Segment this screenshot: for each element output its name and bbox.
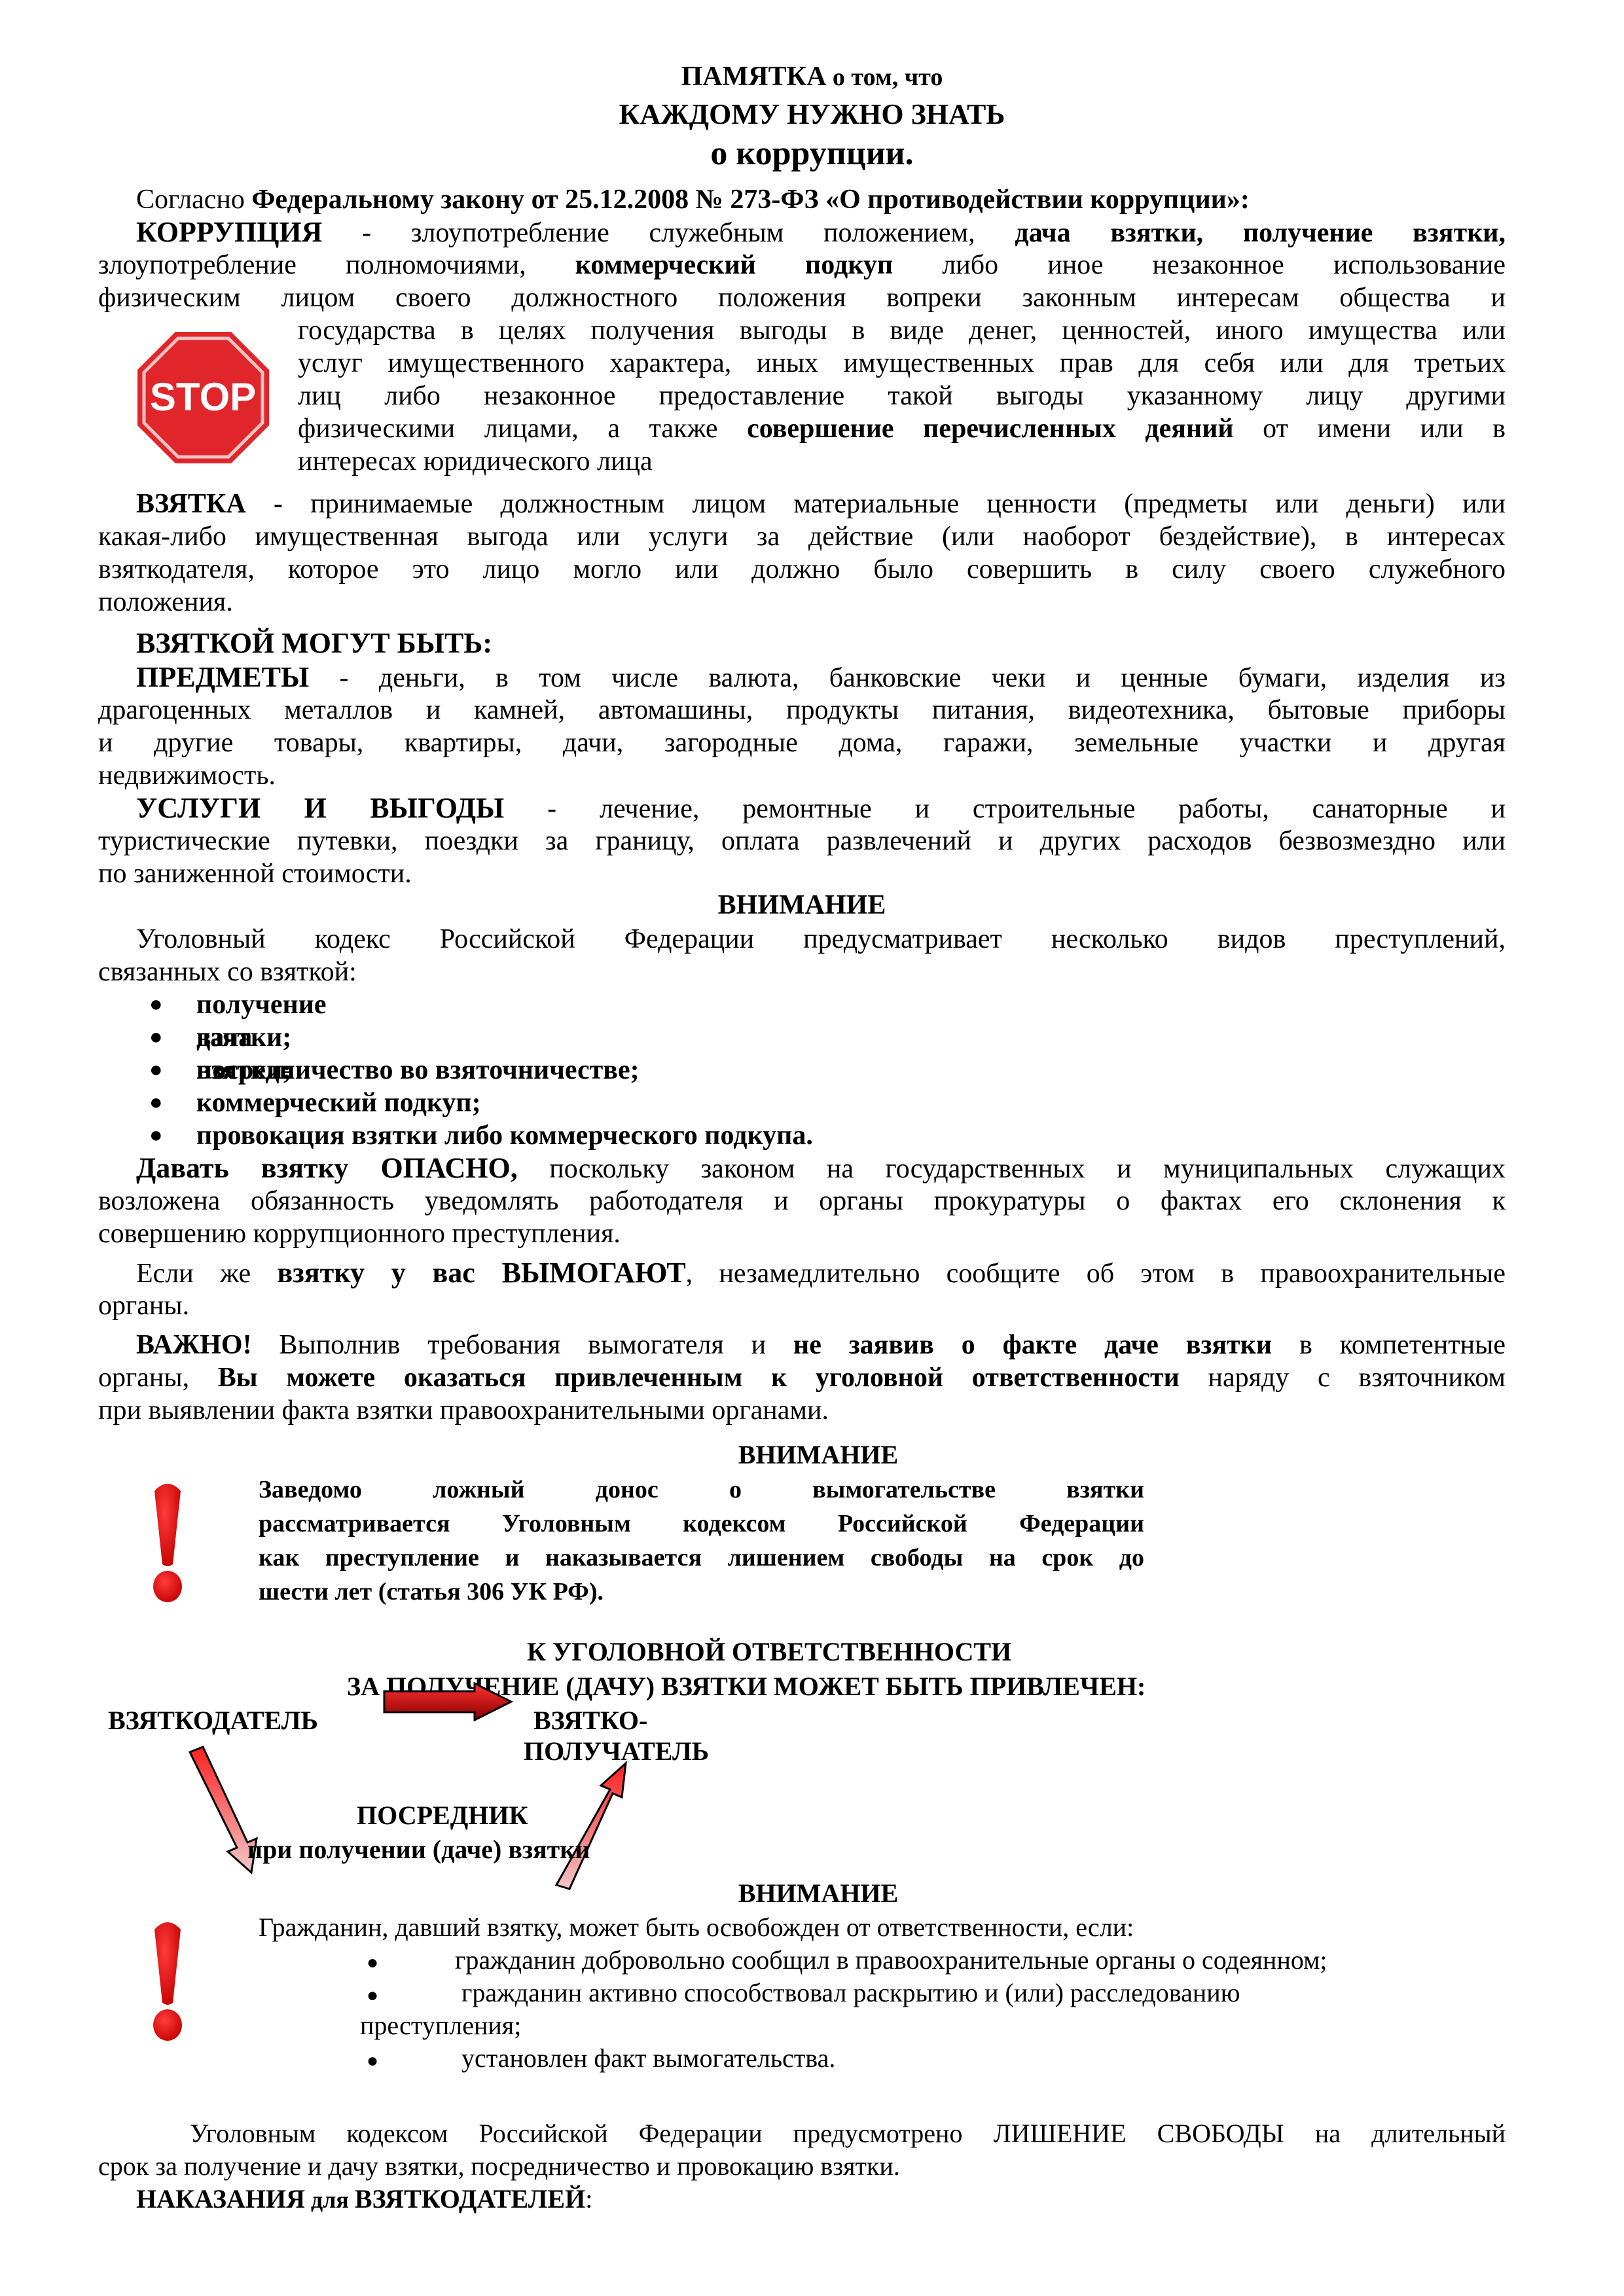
intermediary-note: при получении (даче) взятки [247, 1834, 590, 1865]
items-line-2: драгоценных металлов и камней, автомашин… [98, 694, 1506, 726]
bribe-line-1: ВЗЯТКА - принимаемые должностным лицом м… [136, 488, 1506, 520]
corruption-text: злоупотребление полномочиями, [98, 250, 575, 280]
corruption-line-3: физическим лицом своего должностного пол… [98, 281, 1506, 314]
extort-line-1: Если же взятку у вас ВЫМОГАЮТ, незамедли… [136, 1257, 1506, 1290]
corruption-line-1: КОРРУПЦИЯ - злоупотребление служебным по… [136, 216, 1506, 249]
bullet-icon: ● [149, 1119, 163, 1152]
exclamation-icon [149, 1919, 186, 2047]
danger-bold: Давать взятку ОПАСНО, [136, 1152, 518, 1184]
danger-text: совершению коррупционного преступления. [98, 1219, 621, 1249]
extort-text: органы. [98, 1291, 189, 1321]
punishments-mid: для [305, 2187, 355, 2213]
list-item: ● [367, 1977, 378, 2012]
title-memo: ПАМЯТКА [681, 62, 827, 92]
items-term: ПРЕДМЕТЫ [136, 661, 309, 693]
bribe-line-3: взяткодателя, которое это лицо могло или… [98, 553, 1506, 586]
can-be-heading: ВЗЯТКОЙ МОГУТ БЫТЬ: [136, 627, 1506, 660]
criminal-code-line-1: Уголовный кодекс Российской Федерации пр… [136, 923, 1506, 956]
closing-text: Уголовным кодексом Российской Федерации … [190, 2119, 994, 2148]
intermediary-label: ПОСРЕДНИК [357, 1800, 528, 1831]
punishments-colon: : [585, 2184, 592, 2214]
corruption-line-6: лиц либо незаконное предоставление такой… [298, 380, 1506, 412]
services-line-1: УСЛУГИ И ВЫГОДЫ - лечение, ремонтные и с… [136, 792, 1506, 825]
corruption-text: государства в целях получения выгоды в в… [298, 315, 1506, 346]
attention-heading-2: ВНИМАНИЕ [687, 1439, 949, 1471]
bribe-line-4: положения. [98, 586, 1506, 619]
exemption-item-text: установлен факт вымогательства. [461, 2042, 835, 2075]
corruption-text: от имени или в [1234, 414, 1506, 444]
corruption-term: КОРРУПЦИЯ [136, 216, 322, 248]
punishments-bold: ВЗЯТКОДАТЕЛЕЙ [355, 2184, 585, 2214]
important-label: ВАЖНО! [136, 1330, 252, 1360]
important-text: при выявлении факта взятки правоохраните… [98, 1395, 829, 1426]
closing-line-1: Уголовным кодексом Российской Федерации … [190, 2117, 1506, 2150]
bribe-text: принимаемые должностным лицом материальн… [283, 489, 1506, 519]
important-bold: Вы можете оказаться привлеченным к уголо… [218, 1363, 1180, 1393]
attention-heading-3: ВНИМАНИЕ [687, 1877, 949, 1910]
exemption-item-continuation: преступления; [360, 2009, 521, 2042]
services-text: - лечение, ремонтные и строительные рабо… [504, 794, 1506, 824]
items-text: - деньги, в том числе валюта, банковские… [309, 663, 1506, 693]
closing-caps: ЛИШЕНИЕ СВОБОДЫ [994, 2119, 1284, 2148]
arrow-right-icon [383, 1682, 514, 1721]
services-text: по заниженной стоимости. [98, 859, 412, 889]
bribe-term: ВЗЯТКА - [136, 489, 283, 519]
important-text: в компетентные [1272, 1330, 1506, 1360]
important-text: наряду с взяточником [1180, 1363, 1506, 1393]
crime-item-text: коммерческий подкуп; [196, 1086, 481, 1119]
corruption-text: интересах юридического лица [298, 446, 653, 476]
corruption-text: физическими лицами, а также [298, 414, 747, 444]
bribe-giver-label: ВЗЯТКОДАТЕЛЬ [108, 1705, 318, 1736]
items-text: недвижимость. [98, 761, 276, 791]
crime-item-text: провокация взятки либо коммерческого под… [196, 1119, 813, 1152]
svg-text:STOP: STOP [150, 375, 256, 419]
services-term: УСЛУГИ И ВЫГОДЫ [136, 792, 504, 824]
liability-heading-1: К УГОЛОВНОЙ ОТВЕТСТВЕННОСТИ [527, 1636, 1011, 1667]
bullet-icon: ● [149, 988, 163, 1021]
extort-bold: взятку у вас ВЫМОГАЮТ [277, 1257, 685, 1289]
items-text: драгоценных металлов и камней, автомашин… [98, 695, 1506, 725]
document-title: ПАМЯТКА о том, что [0, 60, 1624, 94]
law-reference: Согласно Федеральному закону от 25.12.20… [136, 183, 1506, 216]
bribe-taker-label-1: ВЗЯТКО- [533, 1705, 647, 1736]
corruption-bold: дача взятки, получение взятки, [1015, 218, 1506, 248]
items-text: и другие товары, квартиры, дачи, загород… [98, 728, 1506, 758]
closing-line-2: срок за получение и дачу взятки, посредн… [98, 2150, 1506, 2183]
corruption-line-8: интересах юридического лица [298, 445, 1506, 478]
extort-text: , незамедлительно сообщите об этом в пра… [686, 1259, 1506, 1289]
items-line-1: ПРЕДМЕТЫ - деньги, в том числе валюта, б… [136, 661, 1506, 694]
false-report-line-3: как преступление и наказывается лишением… [259, 1541, 1144, 1575]
title-line-3: о коррупции. [0, 134, 1624, 173]
false-report-line-1: Заведомо ложный донос о вымогательстве в… [259, 1473, 1144, 1507]
important-text: органы, [98, 1363, 218, 1393]
exemption-intro: Гражданин, давший взятку, может быть осв… [259, 1911, 1134, 1944]
extort-line-2: органы. [98, 1289, 1506, 1322]
bullet-icon: ● [367, 1952, 378, 1973]
criminal-code-line-2: связанных со взяткой: [98, 956, 1506, 988]
items-line-4: недвижимость. [98, 759, 1506, 792]
corruption-text: либо иное незаконное использование [893, 250, 1506, 280]
bullet-icon: ● [149, 1086, 163, 1119]
important-line-2: органы, Вы можете оказаться привлеченным… [98, 1361, 1506, 1394]
corruption-text: физическим лицом своего должностного пол… [98, 283, 1506, 313]
important-line-1: ВАЖНО! Выполнив требования вымогателя и … [136, 1329, 1506, 1361]
items-line-3: и другие товары, квартиры, дачи, загород… [98, 726, 1506, 759]
bullet-icon: ● [367, 2050, 378, 2072]
title-line-2: КАЖДОМУ НУЖНО ЗНАТЬ [0, 98, 1624, 131]
exemption-item-text: гражданин активно способствовал раскрыти… [461, 1977, 1240, 2009]
title-memo-rest: о том, что [826, 63, 943, 91]
corruption-line-4: государства в целях получения выгоды в в… [298, 314, 1506, 347]
punishments-heading: НАКАЗАНИЯ для ВЗЯТКОДАТЕЛЕЙ: [136, 2183, 1506, 2216]
criminal-code-text: связанных со взяткой: [98, 957, 357, 987]
important-line-3: при выявлении факта взятки правоохраните… [98, 1394, 1506, 1427]
services-line-2: туристические путевки, поездки за границ… [98, 825, 1506, 857]
list-item: ● [367, 2042, 378, 2077]
important-bold: не заявив о факте даче взятки [793, 1330, 1272, 1360]
stop-sign-icon: STOP [136, 331, 270, 465]
danger-line-2: возложена обязанность уведомлять работод… [98, 1185, 1506, 1217]
bribe-text: взяткодателя, которое это лицо могло или… [98, 554, 1506, 584]
closing-text: на длительный [1284, 2119, 1506, 2148]
services-line-3: по заниженной стоимости. [98, 857, 1506, 890]
bribe-line-2: какая-либо имущественная выгода или услу… [98, 520, 1506, 553]
exemption-item-text: гражданин добровольно сообщил в правоохр… [455, 1944, 1327, 1977]
false-report-line-2: рассматривается Уголовным кодексом Росси… [259, 1507, 1144, 1541]
intro-prefix: Согласно [136, 185, 251, 215]
extort-text: Если же [136, 1259, 277, 1289]
closing-text: срок за получение и дачу взятки, посредн… [98, 2151, 900, 2181]
corruption-line-7: физическими лицами, а также совершение п… [298, 412, 1506, 445]
crime-item-text: посредничество во взяточничестве; [196, 1054, 640, 1086]
danger-text: поскольку законом на государственных и м… [518, 1154, 1506, 1184]
corruption-text: - злоупотребление служебным положением, [322, 218, 1015, 248]
bribe-text: положения. [98, 587, 233, 617]
corruption-text: услуг имущественного характера, иных иму… [298, 348, 1506, 378]
services-text: туристические путевки, поездки за границ… [98, 826, 1506, 856]
exclamation-icon [149, 1480, 186, 1608]
bullet-icon: ● [367, 1984, 378, 2006]
corruption-text: лиц либо незаконное предоставление такой… [298, 381, 1506, 411]
corruption-line-5: услуг имущественного характера, иных иму… [298, 347, 1506, 380]
arrow-up-right-icon [550, 1761, 641, 1892]
attention-heading-1: ВНИМАНИЕ [98, 889, 1506, 922]
law-name: Федеральному закону от 25.12.2008 № 273-… [251, 185, 1250, 215]
danger-line-1: Давать взятку ОПАСНО, поскольку законом … [136, 1152, 1506, 1185]
corruption-bold: совершение перечисленных деяний [747, 414, 1233, 444]
danger-line-3: совершению коррупционного преступления. [98, 1217, 1506, 1250]
bribe-text: какая-либо имущественная выгода или услу… [98, 522, 1506, 552]
list-item: ● [367, 1944, 378, 1979]
criminal-code-text: Уголовный кодекс Российской Федерации пр… [136, 924, 1506, 954]
bullet-icon: ● [149, 1054, 163, 1086]
danger-text: возложена обязанность уведомлять работод… [98, 1186, 1506, 1216]
corruption-bold: коммерческий подкуп [575, 250, 893, 280]
false-report-line-4: шести лет (статья 306 УК РФ). [259, 1575, 1144, 1609]
corruption-line-2: злоупотребление полномочиями, коммерческ… [98, 249, 1506, 281]
punishments-bold: НАКАЗАНИЯ [136, 2184, 305, 2214]
important-text: Выполнив требования вымогателя и [252, 1330, 793, 1360]
bullet-icon: ● [149, 1021, 163, 1054]
